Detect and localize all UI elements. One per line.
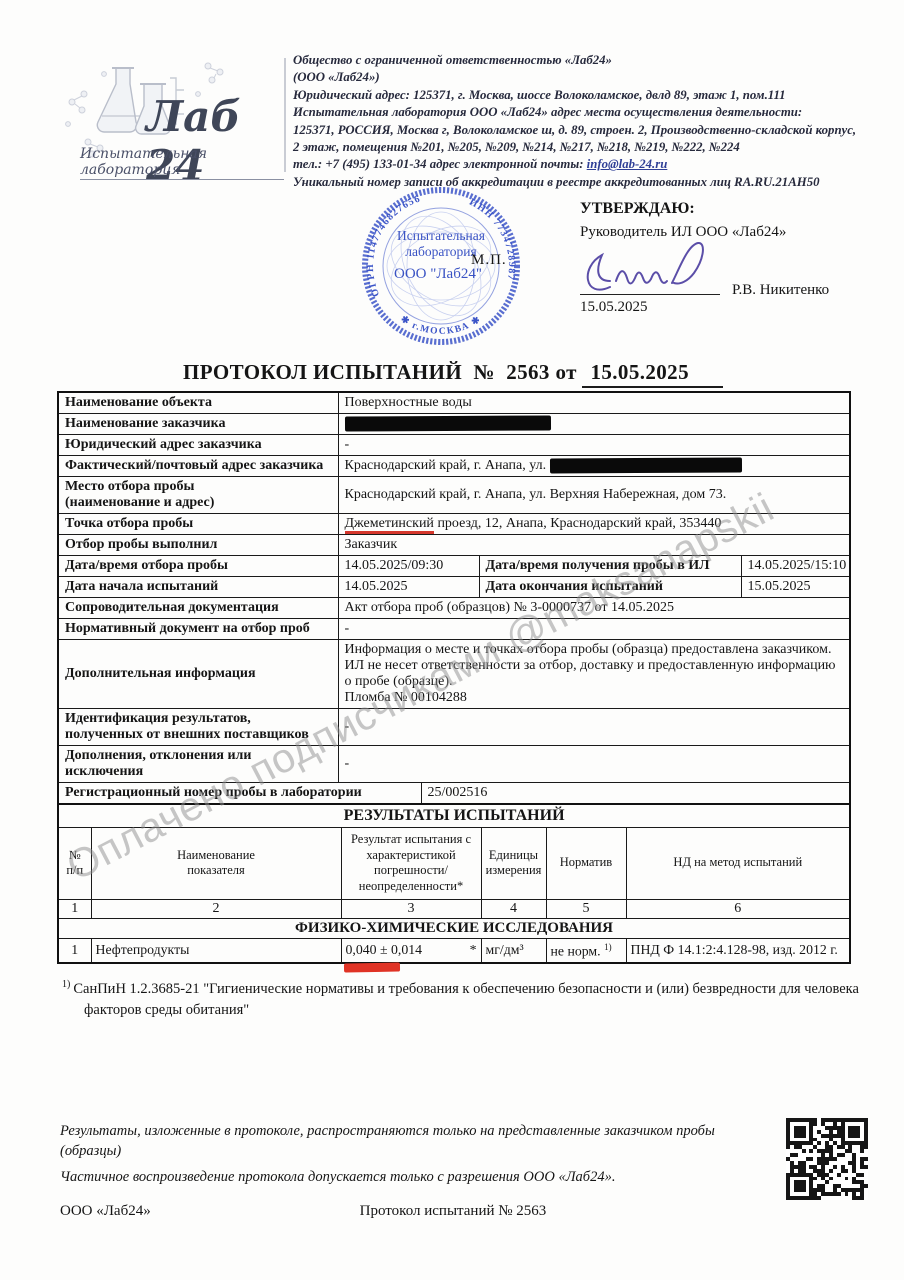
table-row: Идентификация результатов, полученных от… [58,709,850,746]
phone-text: тел.: +7 (495) 133-01-34 адрес электронн… [293,157,587,171]
table-row: 1 2 3 4 5 6 [58,899,850,918]
column-number: 5 [546,899,626,918]
table-row: Место отбора пробы (наименование и адрес… [58,477,850,514]
cell-label: Наименование объекта [58,392,338,414]
approve-label: УТВЕРЖДАЮ: [580,200,870,218]
cell-value: Поверхностные воды [338,392,850,414]
table-row: Фактический/почтовый адрес заказчикаКрас… [58,456,850,477]
svg-text:лаборатория: лаборатория [405,244,476,259]
results-table: РЕЗУЛЬТАТЫ ИСПЫТАНИЙ № п/п Наименование … [57,803,851,964]
table-row: Юридический адрес заказчика- [58,435,850,456]
table-row: Дополнительная информацияИнформация о ме… [58,640,850,709]
title-text: ПРОТОКОЛ ИСПЫТАНИЙ № 2563 от [183,360,582,384]
footnote-text: СанПиН 1.2.3685-21 "Гигиенические нормат… [73,981,859,1018]
cell-value: - [338,435,850,456]
table-row: Сопроводительная документацияАкт отбора … [58,598,850,619]
column-number: 1 [58,899,91,918]
cell-label: Фактический/почтовый адрес заказчика [58,456,338,477]
column-header: № п/п [58,828,91,900]
protocol-document: Лаб 24 Испытательная лаборатория Обществ… [0,0,904,1280]
table-row: Дополнения, отклонения или исключения- [58,746,850,783]
cell-label: Дата/время отбора пробы [58,556,338,577]
lab24-logo: Лаб 24 Испытательная лаборатория [58,50,284,176]
table-row: РЕЗУЛЬТАТЫ ИСПЫТАНИЙ [58,804,850,828]
company-line: 2 этаж, помещения №201, №205, №209, №214… [293,139,868,156]
table-row: Наименование объектаПоверхностные воды [58,392,850,414]
disclaimer-line: Частичное воспроизведение протокола допу… [60,1168,724,1188]
cell-label: Регистрационный номер пробы в лаборатори… [58,783,421,805]
table-row: Наименование заказчика [58,414,850,435]
table-row: 1 Нефтепродукты 0,040 ± 0,014* мг/дм³ не… [58,938,850,963]
cell-result: 0,040 ± 0,014* [341,938,481,963]
cell-value: 14.05.2025/15:10 [741,556,850,577]
table-row: Дата/время отбора пробы14.05.2025/09:30Д… [58,556,850,577]
red-marked-value: 0,040 ± 0,014 [346,942,423,958]
table-row: Регистрационный номер пробы в лаборатори… [58,783,850,805]
svg-text:ООО "Лаб24": ООО "Лаб24" [394,266,482,282]
cell-value: 15.05.2025 [741,577,850,598]
cell-value: Краснодарский край, г. Анапа, ул. Верхня… [338,477,850,514]
logo-subtitle: Испытательная лаборатория [80,146,284,180]
column-header: Наименование показателя [91,828,341,900]
cell-value: Джеметинский проезд, 12, Анапа, Краснода… [338,514,850,535]
cell-label: Место отбора пробы (наименование и адрес… [58,477,338,514]
footnote-sup: 1) [62,979,70,990]
sample-info-table: Наименование объектаПоверхностные воды Н… [57,391,851,805]
cell-label: Дата/время получения пробы в ИЛ [479,556,741,577]
table-row: ФИЗИКО-ХИМИЧЕСКИЕ ИССЛЕДОВАНИЯ [58,918,850,938]
cell-value [338,414,850,435]
table-row: Дата начала испытаний14.05.2025Дата окон… [58,577,850,598]
group-title: ФИЗИКО-ХИМИЧЕСКИЕ ИССЛЕДОВАНИЯ [58,918,850,938]
cell-norm: не норм. 1) [546,938,626,963]
cell-num: 1 [58,938,91,963]
table-row: Отбор пробы выполнилЗаказчик [58,535,850,556]
tables-area: Наименование объектаПоверхностные воды Н… [57,391,849,964]
cell-value: 14.05.2025 [338,577,479,598]
cell-value: 25/002516 [421,783,850,805]
column-header: Результат испытания с характеристикой по… [341,828,481,900]
cell-label: Дополнительная информация [58,640,338,709]
results-section-title: РЕЗУЛЬТАТЫ ИСПЫТАНИЙ [58,804,850,828]
cell-label: Дата окончания испытаний [479,577,741,598]
cell-label: Сопроводительная документация [58,598,338,619]
cell-label: Точка отбора пробы [58,514,338,535]
footnote: 1)СанПиН 1.2.3685-21 "Гигиенические норм… [62,978,872,1021]
redaction-bar [344,416,550,432]
company-line: Общество с ограниченной ответственностью… [293,52,868,69]
table-row: № п/п Наименование показателя Результат … [58,828,850,900]
redaction-bar [550,458,742,474]
cell-label: Отбор пробы выполнил [58,535,338,556]
company-line: Испытательная лаборатория ООО «Лаб24» ад… [293,104,868,121]
lab-stamp: ОГРН 1147746827656 ИНН 7734728987 ✱ г.МО… [353,182,529,350]
approval-block: УТВЕРЖДАЮ: Руководитель ИЛ ООО «Лаб24» Р… [580,200,870,316]
cell-value: - [338,709,850,746]
logo-divider [284,58,286,172]
footer-left: ООО «Лаб24» [60,1203,151,1220]
cell-value: - [338,746,850,783]
cell-label: Идентификация результатов, полученных от… [58,709,338,746]
email-link[interactable]: info@lab-24.ru [587,157,668,171]
cell-value: Заказчик [338,535,850,556]
table-row: Нормативный документ на отбор проб- [58,619,850,640]
signature-zone: Р.В. Никитенко [580,243,870,305]
cell-value: 14.05.2025/09:30 [338,556,479,577]
table-row: Точка отбора пробыДжеметинский проезд, 1… [58,514,850,535]
approver-name: Р.В. Никитенко [732,282,829,299]
document-title: ПРОТОКОЛ ИСПЫТАНИЙ № 2563 от 15.05.2025 [57,360,849,385]
column-number: 2 [91,899,341,918]
column-number: 3 [341,899,481,918]
cell-parameter: Нефтепродукты [91,938,341,963]
title-date: 15.05.2025 [582,360,723,388]
red-underlined-text: Джеметинский [345,516,434,534]
disclaimer-line: Результаты, изложенные в протоколе, расп… [60,1122,724,1161]
svg-text:Испытательная: Испытательная [397,228,485,243]
cell-value: Краснодарский край, г. Анапа, ул. [338,456,850,477]
cell-label: Нормативный документ на отбор проб [58,619,338,640]
company-info: Общество с ограниченной ответственностью… [293,52,868,191]
column-number: 6 [626,899,850,918]
cell-label: Наименование заказчика [58,414,338,435]
company-line: 125371, РОССИЯ, Москва г, Волоколамское … [293,122,868,139]
disclaimer: Результаты, изложенные в протоколе, расп… [60,1122,724,1188]
company-line: Юридический адрес: 125371, г. Москва, шо… [293,87,868,104]
asterisk: * [470,942,477,958]
svg-text:✱ г.МОСКВА ✱: ✱ г.МОСКВА ✱ [399,314,484,337]
company-line: (ООО «Лаб24») [293,69,868,86]
cell-value: Информация о месте и точках отбора пробы… [338,640,850,709]
cell-value: - [338,619,850,640]
column-header: Единицы измерения [481,828,546,900]
column-number: 4 [481,899,546,918]
column-header: Норматив [546,828,626,900]
footer-center: Протокол испытаний № 2563 [57,1203,849,1220]
company-line: тел.: +7 (495) 133-01-34 адрес электронн… [293,156,868,173]
signature-line [580,294,720,295]
cell-value: Акт отбора проб (образцов) № 3-0000737 о… [338,598,850,619]
mp-mark: М.П. [471,252,507,269]
qr-code [786,1118,868,1200]
column-header: НД на метод испытаний [626,828,850,900]
cell-label: Дополнения, отклонения или исключения [58,746,338,783]
cell-method: ПНД Ф 14.1:2:4.128-98, изд. 2012 г. [626,938,850,963]
cell-unit: мг/дм³ [481,938,546,963]
cell-label: Дата начала испытаний [58,577,338,598]
cell-label: Юридический адрес заказчика [58,435,338,456]
